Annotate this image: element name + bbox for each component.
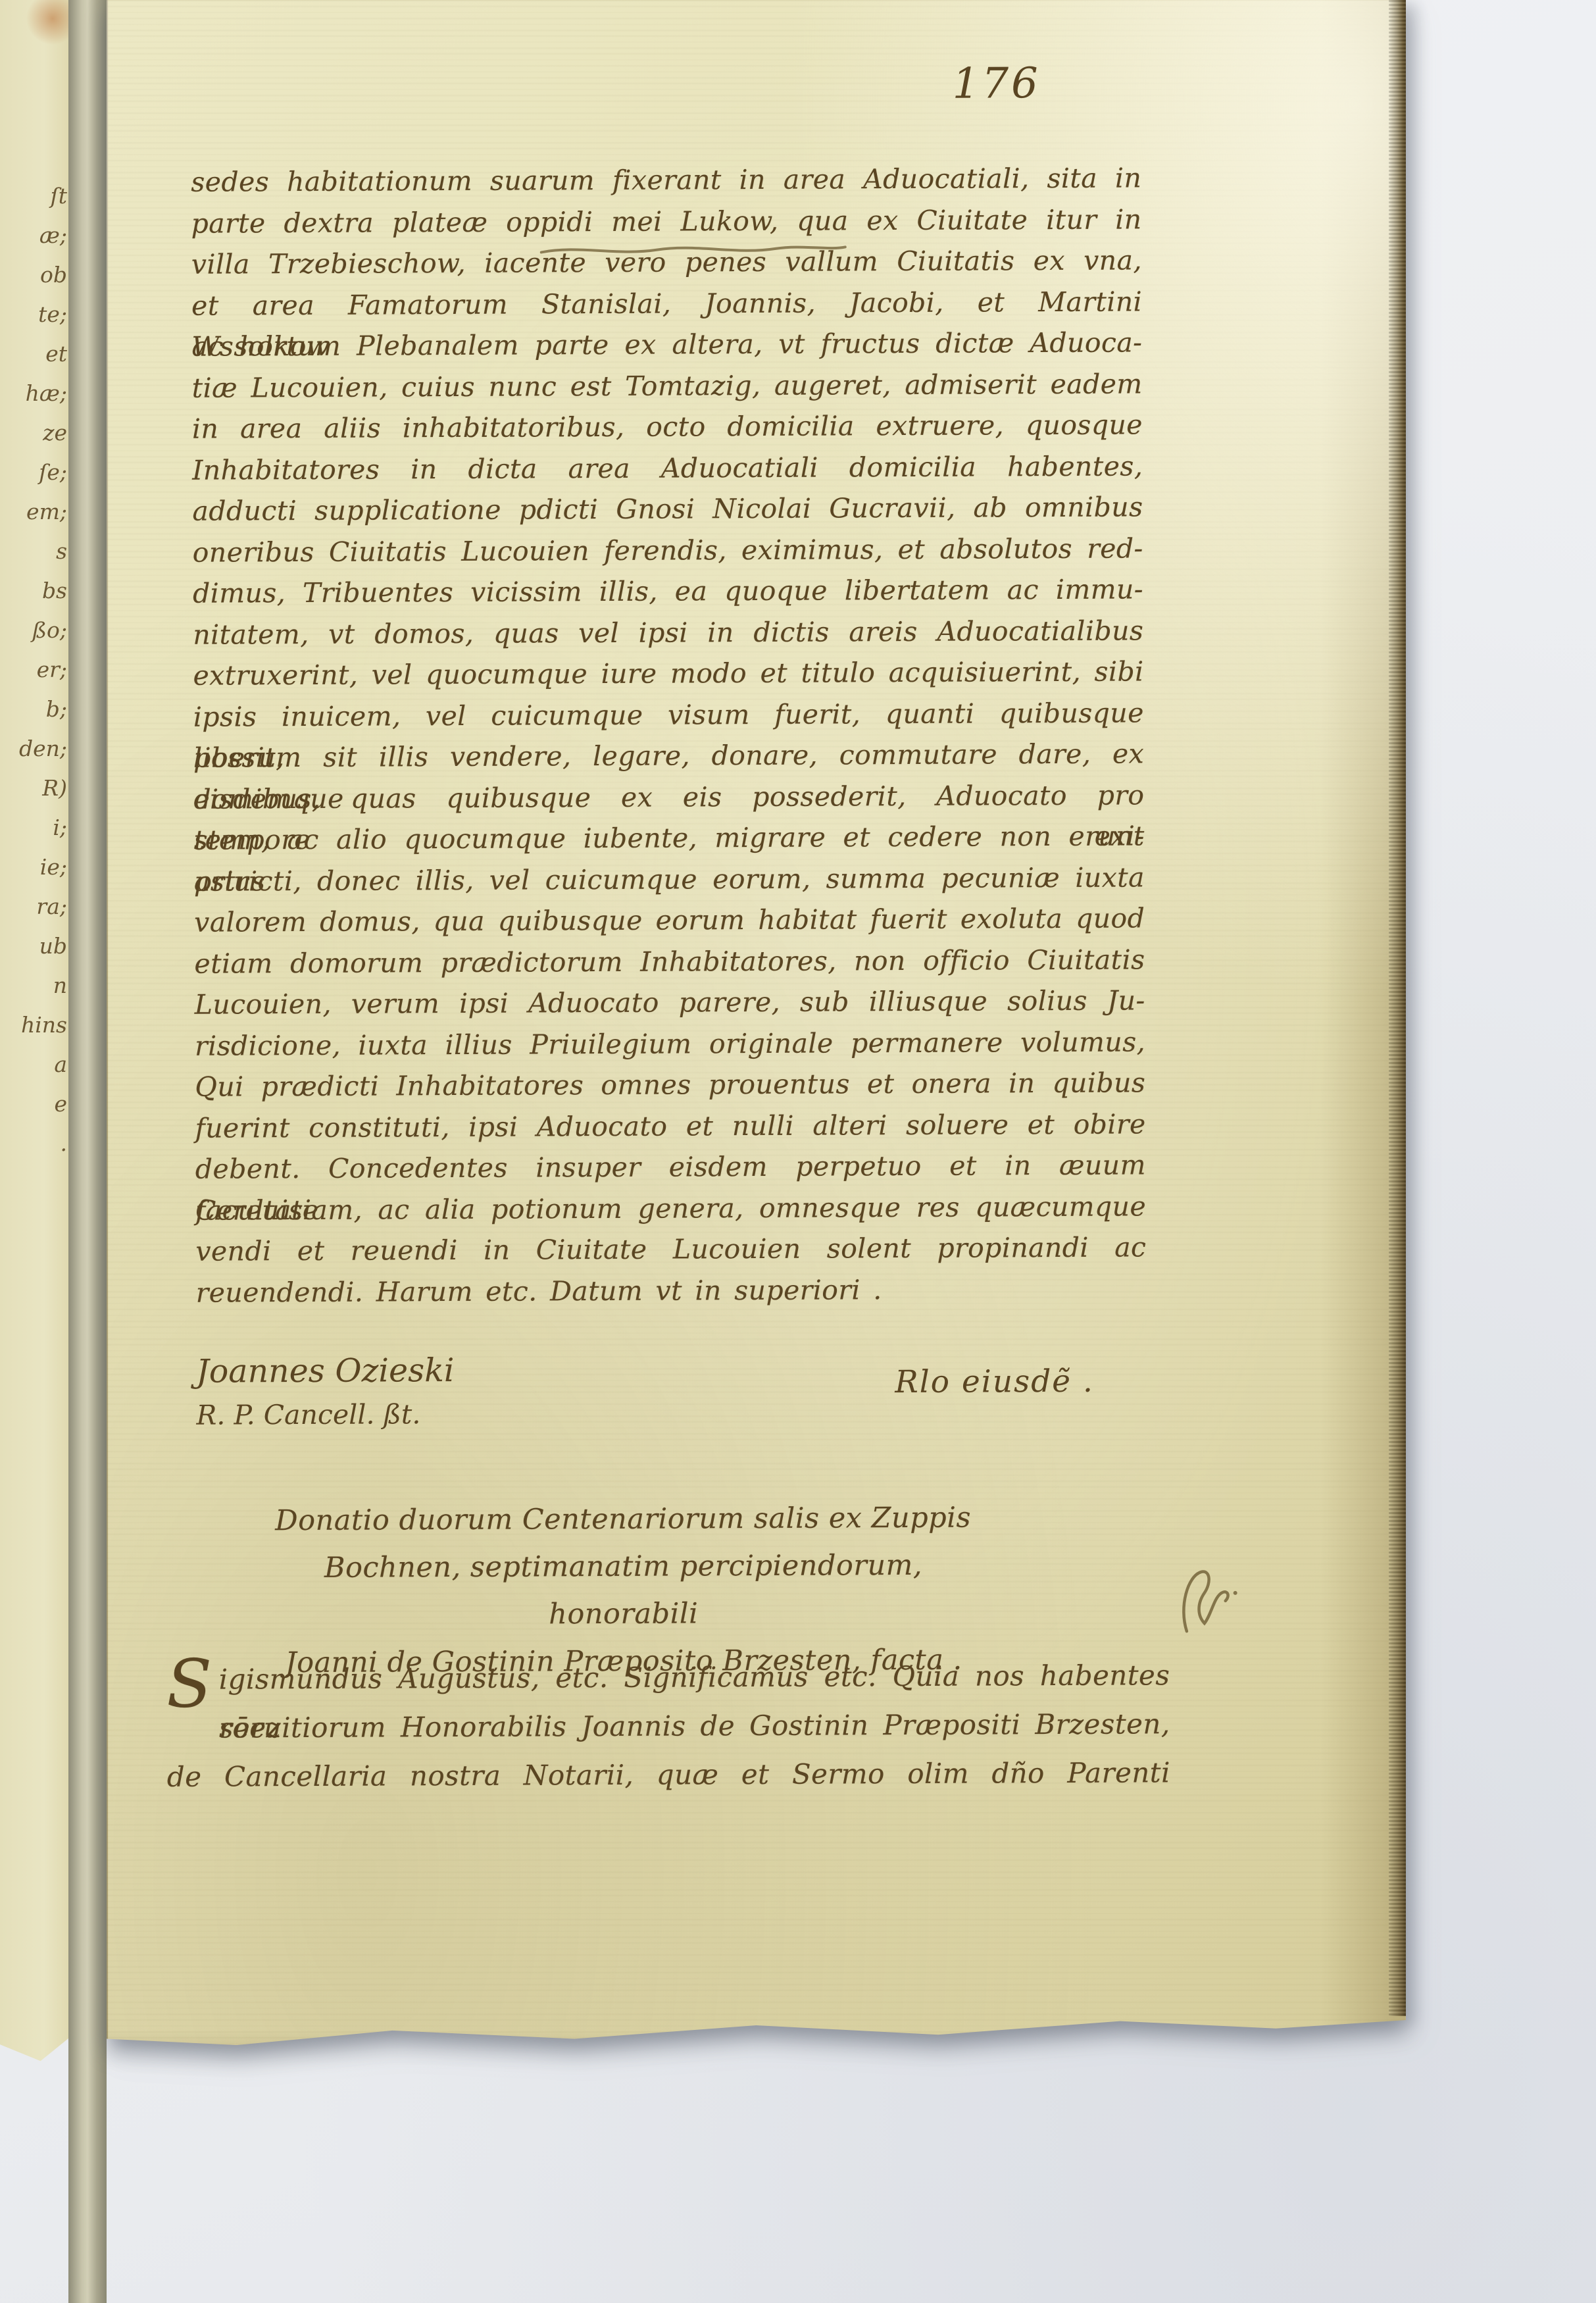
manuscript-line: etiam domorum prædictorum Inhabitatores,… [194,939,1145,984]
manuscript-line: Cereuisiam, ac alia potionum genera, omn… [195,1186,1146,1231]
notarial-flourish-icon [1174,1565,1254,1642]
previous-page-line-fragment: em; [26,499,67,538]
heading-line: Donatio duorum Centenariorum salis ex Zu… [274,1494,972,1545]
manuscript-line: astricti, donec illis, vel cuicumque eor… [194,857,1145,902]
page-edge-band [68,0,107,2303]
previous-page-line-fragment: e [54,1091,67,1130]
relatio-mark: Rlo eiusdẽ . [895,1363,1094,1400]
manuscript-line: adducti supplicatione pdicti Gnosi Nicol… [192,486,1143,532]
manuscript-line: tiæ Lucouien, cuius nunc est Tomtazig, a… [192,363,1143,409]
previous-page-line-fragment: æ; [39,222,67,262]
manuscript-line: de Cancellaria nostra Notarii, quæ et Se… [167,1748,1170,1802]
previous-page-line-fragment: s [56,538,67,578]
previous-page-line-fragment: ob [40,262,67,301]
manuscript-line: in area aliis inhabitatoribus, octo domi… [192,404,1143,449]
document1-body: sedes habitationum suarum fixerant in ar… [191,157,1147,1313]
document2-body: Sigismundus Augustus, etc. Significamus … [166,1651,1170,1802]
manuscript-line: valorem domus, qua quibusque eorum habit… [194,898,1145,943]
heading-line: Bochnen, septimanatim percipiendorum, ho… [274,1542,972,1640]
manuscript-line: liberum sit illis vendere, legare, donar… [193,733,1144,778]
previous-page-line-fragment: a [54,1051,67,1091]
previous-page-line-fragment: ie; [40,854,67,894]
page-content: 176 sedes habitationum suarum fixerant i… [103,0,1410,2085]
previous-page-line-fragment: et [45,341,67,380]
manuscript-line: Inhabitatores in dicta area Aduocatiali … [192,445,1143,491]
signature-block: Joannes Ozieski R. P. Cancell. ßt. Rlo e… [196,1344,1157,1435]
manuscript-line: fuerint constituti, ipsi Aduocato et nul… [195,1103,1145,1149]
manuscript-line: sedes habitationum suarum fixerant in ar… [191,157,1141,203]
manuscript-line: domibus, quas quibusque ex eis possederi… [193,774,1144,820]
previous-page-line-fragment: te; [38,301,67,341]
previous-page-line-fragment: ub [39,933,67,973]
underline-flourish [539,240,848,259]
manuscript-page-wrap: 176 sedes habitationum suarum fixerant i… [107,0,1406,2083]
previous-page-fragments: ſtæ;obte;ethæ;zeſe;em;sbsßo;er;b;den;R)i… [3,183,67,1170]
page-number: 176 [952,59,1040,109]
manuscript-line: oneribus Ciuitatis Lucouien ferendis, ex… [193,528,1143,573]
manuscript-line: dimus, Tribuentes vicissim illis, ea quo… [193,569,1143,614]
previous-page-line-fragment: n [53,973,67,1012]
previous-page-line-fragment: b; [46,696,67,736]
manuscript-line: Lucouien, verum ipsi Aduocato parere, su… [195,980,1145,1025]
manuscript-scan: { "page_number": "176", "doc1": { "under… [0,0,1596,2303]
manuscript-line: reuendendi. Harum etc. Datum vt in super… [196,1268,1147,1313]
previous-page-line-fragment: hæ; [26,380,67,420]
previous-page-line-fragment: i; [53,815,67,854]
manuscript-line: vendi et reuendi in Ciuitate Lucouien so… [195,1227,1146,1272]
previous-page-line-fragment: ſt [51,183,67,222]
manuscript-line: ac hortum Plebanalem parte ex altera, vt… [191,322,1142,367]
manuscript-line: risdicione, iuxta illius Priuilegium ori… [195,1021,1145,1067]
manuscript-line: ipsis inuicem, vel cuicumque visum fueri… [193,692,1144,738]
manuscript-line: et area Famatorum Stanislai, Joannis, Ja… [191,281,1142,326]
previous-page-line-fragment: ßo; [32,617,67,657]
manuscript-line: nitatem, vt domos, quas vel ipsi in dict… [193,610,1143,655]
manuscript-line: stem, ac alio quocumque iubente, migrare… [194,815,1145,861]
manuscript-line: Qui prædicti Inhabitatores omnes prouent… [195,1062,1145,1107]
previous-page-line-fragment: den; [19,736,67,775]
previous-page-line-fragment: . [61,1130,68,1170]
previous-page-line-fragment: ſe; [39,459,67,499]
previous-page-line-fragment: R) [42,775,67,815]
previous-page-line-fragment: ra; [36,894,67,933]
previous-page-line-fragment: bs [42,578,67,617]
previous-page-sliver: ſtæ;obte;ethæ;zeſe;em;sbsßo;er;b;den;R)i… [0,0,74,2071]
manuscript-line: extruxerint, vel quocumque iure modo et … [193,651,1143,696]
previous-page-line-fragment: ze [43,420,67,459]
previous-page-line-fragment: er; [37,657,67,696]
previous-page-line-fragment: hins [21,1012,67,1051]
manuscript-page: 176 sedes habitationum suarum fixerant i… [107,0,1406,2083]
manuscript-line: seruitiorum Honorabilis Joannis de Gosti… [166,1700,1170,1753]
manuscript-line: debent. Concedentes insuper eisdem perpe… [195,1144,1146,1190]
manuscript-line: parte dextra plateæ oppidi mei Lukow, qu… [191,199,1141,244]
manuscript-line: Sigismundus Augustus, etc. Significamus … [166,1651,1170,1704]
